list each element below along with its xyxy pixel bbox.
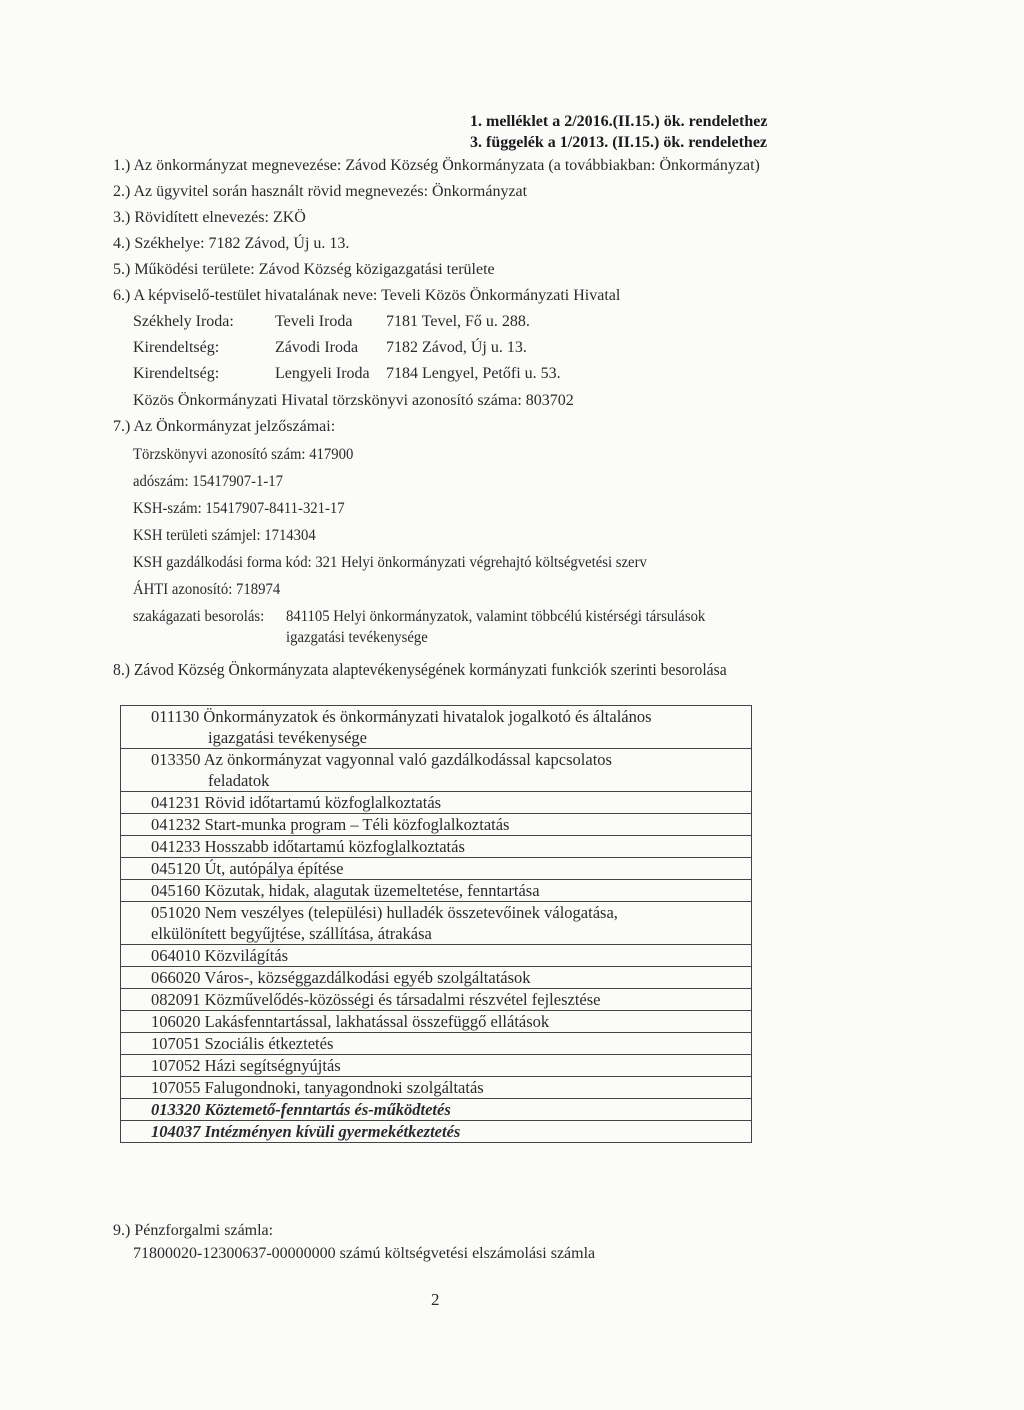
function-text: 107051 Szociális étkeztetés bbox=[151, 1033, 745, 1054]
function-text: 064010 Közvilágítás bbox=[151, 945, 745, 966]
office-address: 7184 Lengyel, Petőfi u. 53. bbox=[386, 365, 561, 383]
item-4-seat: 4.) Székhelye: 7182 Závod, Új u. 13. bbox=[113, 235, 349, 253]
office-address: 7182 Závod, Új u. 13. bbox=[386, 339, 527, 357]
function-text: 107052 Házi segítségnyújtás bbox=[151, 1055, 745, 1076]
function-cell: 082091 Közművelődés-közösségi és társada… bbox=[121, 989, 752, 1011]
function-text: 011130 Önkormányzatok és önkormányzati h… bbox=[151, 706, 745, 727]
function-cell: 045120 Út, autópálya építése bbox=[121, 858, 752, 880]
table-row: 041231 Rövid időtartamú közfoglalkoztatá… bbox=[121, 792, 752, 814]
office-registry-number: Közös Önkormányzati Hivatal törzskönyvi … bbox=[133, 392, 574, 410]
function-text: 106020 Lakásfenntartással, lakhatással ö… bbox=[151, 1011, 745, 1032]
function-cell: 041232 Start-munka program – Téli közfog… bbox=[121, 814, 752, 836]
function-cell: 045160 Közutak, hidak, alagutak üzemelte… bbox=[121, 880, 752, 902]
function-cell: 104037 Intézményen kívüli gyermekétkezte… bbox=[121, 1121, 752, 1143]
table-row: 064010 Közvilágítás bbox=[121, 945, 752, 967]
bank-account: 71800020-12300637-00000000 számú költség… bbox=[133, 1245, 595, 1263]
tax-number: adószám: 15417907-1-17 bbox=[133, 473, 283, 491]
function-text-cont: feladatok bbox=[151, 770, 745, 791]
function-cell: 051020 Nem veszélyes (települési) hullad… bbox=[121, 902, 752, 945]
function-text-cont: elkülönített begyűjtése, szállítása, átr… bbox=[151, 923, 745, 944]
function-cell: 011130 Önkormányzatok és önkormányzati h… bbox=[121, 706, 752, 749]
office-name: Závodi Iroda bbox=[275, 339, 358, 357]
item-6-office: 6.) A képviselő-testület hivatalának nev… bbox=[113, 287, 620, 305]
function-cell: 107055 Falugondnoki, tanyagondnoki szolg… bbox=[121, 1077, 752, 1099]
function-text: 082091 Közművelődés-közösségi és társada… bbox=[151, 989, 745, 1010]
sector-label: szakágazati besorolás: bbox=[133, 608, 264, 626]
page-number: 2 bbox=[431, 1290, 440, 1310]
function-text: 013320 Köztemető-fenntartás és-működteté… bbox=[151, 1099, 745, 1120]
office-name: Teveli Iroda bbox=[275, 313, 353, 331]
table-row: 106020 Lakásfenntartással, lakhatással ö… bbox=[121, 1011, 752, 1033]
functions-table: 011130 Önkormányzatok és önkormányzati h… bbox=[120, 705, 752, 1143]
function-text: 051020 Nem veszélyes (települési) hullad… bbox=[151, 902, 745, 923]
function-cell: 041231 Rövid időtartamú közfoglalkoztatá… bbox=[121, 792, 752, 814]
section-9-title: 9.) Pénzforgalmi számla: bbox=[113, 1222, 273, 1240]
function-cell: 041233 Hosszabb időtartamú közfoglalkozt… bbox=[121, 836, 752, 858]
function-text: 045120 Út, autópálya építése bbox=[151, 858, 745, 879]
function-cell: 106020 Lakásfenntartással, lakhatással ö… bbox=[121, 1011, 752, 1033]
function-cell: 064010 Közvilágítás bbox=[121, 945, 752, 967]
sector-value-cont: igazgatási tevékenysége bbox=[286, 629, 428, 647]
table-row: 082091 Közművelődés-közösségi és társada… bbox=[121, 989, 752, 1011]
function-cell: 066020 Város-, községgazdálkodási egyéb … bbox=[121, 967, 752, 989]
header-line-1: 1. melléklet a 2/2016.(II.15.) ök. rende… bbox=[470, 113, 767, 131]
function-text: 045160 Közutak, hidak, alagutak üzemelte… bbox=[151, 880, 745, 901]
table-row: 013350 Az önkormányzat vagyonnal való ga… bbox=[121, 749, 752, 792]
table-row: 107051 Szociális étkeztetés bbox=[121, 1033, 752, 1055]
item-1-name: 1.) Az önkormányzat megnevezése: Závod K… bbox=[113, 157, 760, 175]
table-row: 051020 Nem veszélyes (települési) hullad… bbox=[121, 902, 752, 945]
function-cell: 013320 Köztemető-fenntartás és-működteté… bbox=[121, 1099, 752, 1121]
function-cell: 107052 Házi segítségnyújtás bbox=[121, 1055, 752, 1077]
office-address: 7181 Tevel, Fő u. 288. bbox=[386, 313, 530, 331]
table-row: 011130 Önkormányzatok és önkormányzati h… bbox=[121, 706, 752, 749]
sector-value: 841105 Helyi önkormányzatok, valamint tö… bbox=[286, 608, 705, 626]
table-row: 045120 Út, autópálya építése bbox=[121, 858, 752, 880]
table-row: 045160 Közutak, hidak, alagutak üzemelte… bbox=[121, 880, 752, 902]
function-text-cont: igazgatási tevékenysége bbox=[151, 727, 745, 748]
table-row: 107055 Falugondnoki, tanyagondnoki szolg… bbox=[121, 1077, 752, 1099]
identifiers-title: 7.) Az Önkormányzat jelzőszámai: bbox=[113, 418, 335, 436]
function-text: 041232 Start-munka program – Téli közfog… bbox=[151, 814, 745, 835]
function-cell: 107051 Szociális étkeztetés bbox=[121, 1033, 752, 1055]
table-row: 107052 Házi segítségnyújtás bbox=[121, 1055, 752, 1077]
ahti-id: ÁHTI azonosító: 718974 bbox=[133, 581, 280, 599]
registry-id: Törzskönyvi azonosító szám: 417900 bbox=[133, 446, 353, 464]
table-row: 013320 Köztemető-fenntartás és-működteté… bbox=[121, 1099, 752, 1121]
function-text: 066020 Város-, községgazdálkodási egyéb … bbox=[151, 967, 745, 988]
function-text: 013350 Az önkormányzat vagyonnal való ga… bbox=[151, 749, 745, 770]
table-row: 066020 Város-, községgazdálkodási egyéb … bbox=[121, 967, 752, 989]
ksh-area-code: KSH területi számjel: 1714304 bbox=[133, 527, 316, 545]
office-name: Lengyeli Iroda bbox=[275, 365, 370, 383]
header-line-2: 3. függelék a 1/2013. (II.15.) ök. rende… bbox=[470, 134, 767, 152]
item-5-area: 5.) Működési területe: Závod Község közi… bbox=[113, 261, 495, 279]
table-row: 041232 Start-munka program – Téli közfog… bbox=[121, 814, 752, 836]
function-text: 041233 Hosszabb időtartamú közfoglalkozt… bbox=[151, 836, 745, 857]
office-role: Kirendeltség: bbox=[133, 339, 219, 357]
function-text: 104037 Intézményen kívüli gyermekétkezte… bbox=[151, 1121, 745, 1142]
table-row: 041233 Hosszabb időtartamú közfoglalkozt… bbox=[121, 836, 752, 858]
section-8-title: 8.) Závod Község Önkormányzata alaptevék… bbox=[113, 660, 727, 680]
office-role: Székhely Iroda: bbox=[133, 313, 234, 331]
item-2-short-name: 2.) Az ügyvitel során használt rövid meg… bbox=[113, 183, 527, 201]
ksh-form-code: KSH gazdálkodási forma kód: 321 Helyi ön… bbox=[133, 554, 647, 572]
office-role: Kirendeltség: bbox=[133, 365, 219, 383]
item-3-abbreviation: 3.) Rövidített elnevezés: ZKÖ bbox=[113, 209, 306, 227]
function-text: 041231 Rövid időtartamú közfoglalkoztatá… bbox=[151, 792, 745, 813]
ksh-number: KSH-szám: 15417907-8411-321-17 bbox=[133, 500, 345, 518]
function-text: 107055 Falugondnoki, tanyagondnoki szolg… bbox=[151, 1077, 745, 1098]
table-row: 104037 Intézményen kívüli gyermekétkezte… bbox=[121, 1121, 752, 1143]
function-cell: 013350 Az önkormányzat vagyonnal való ga… bbox=[121, 749, 752, 792]
